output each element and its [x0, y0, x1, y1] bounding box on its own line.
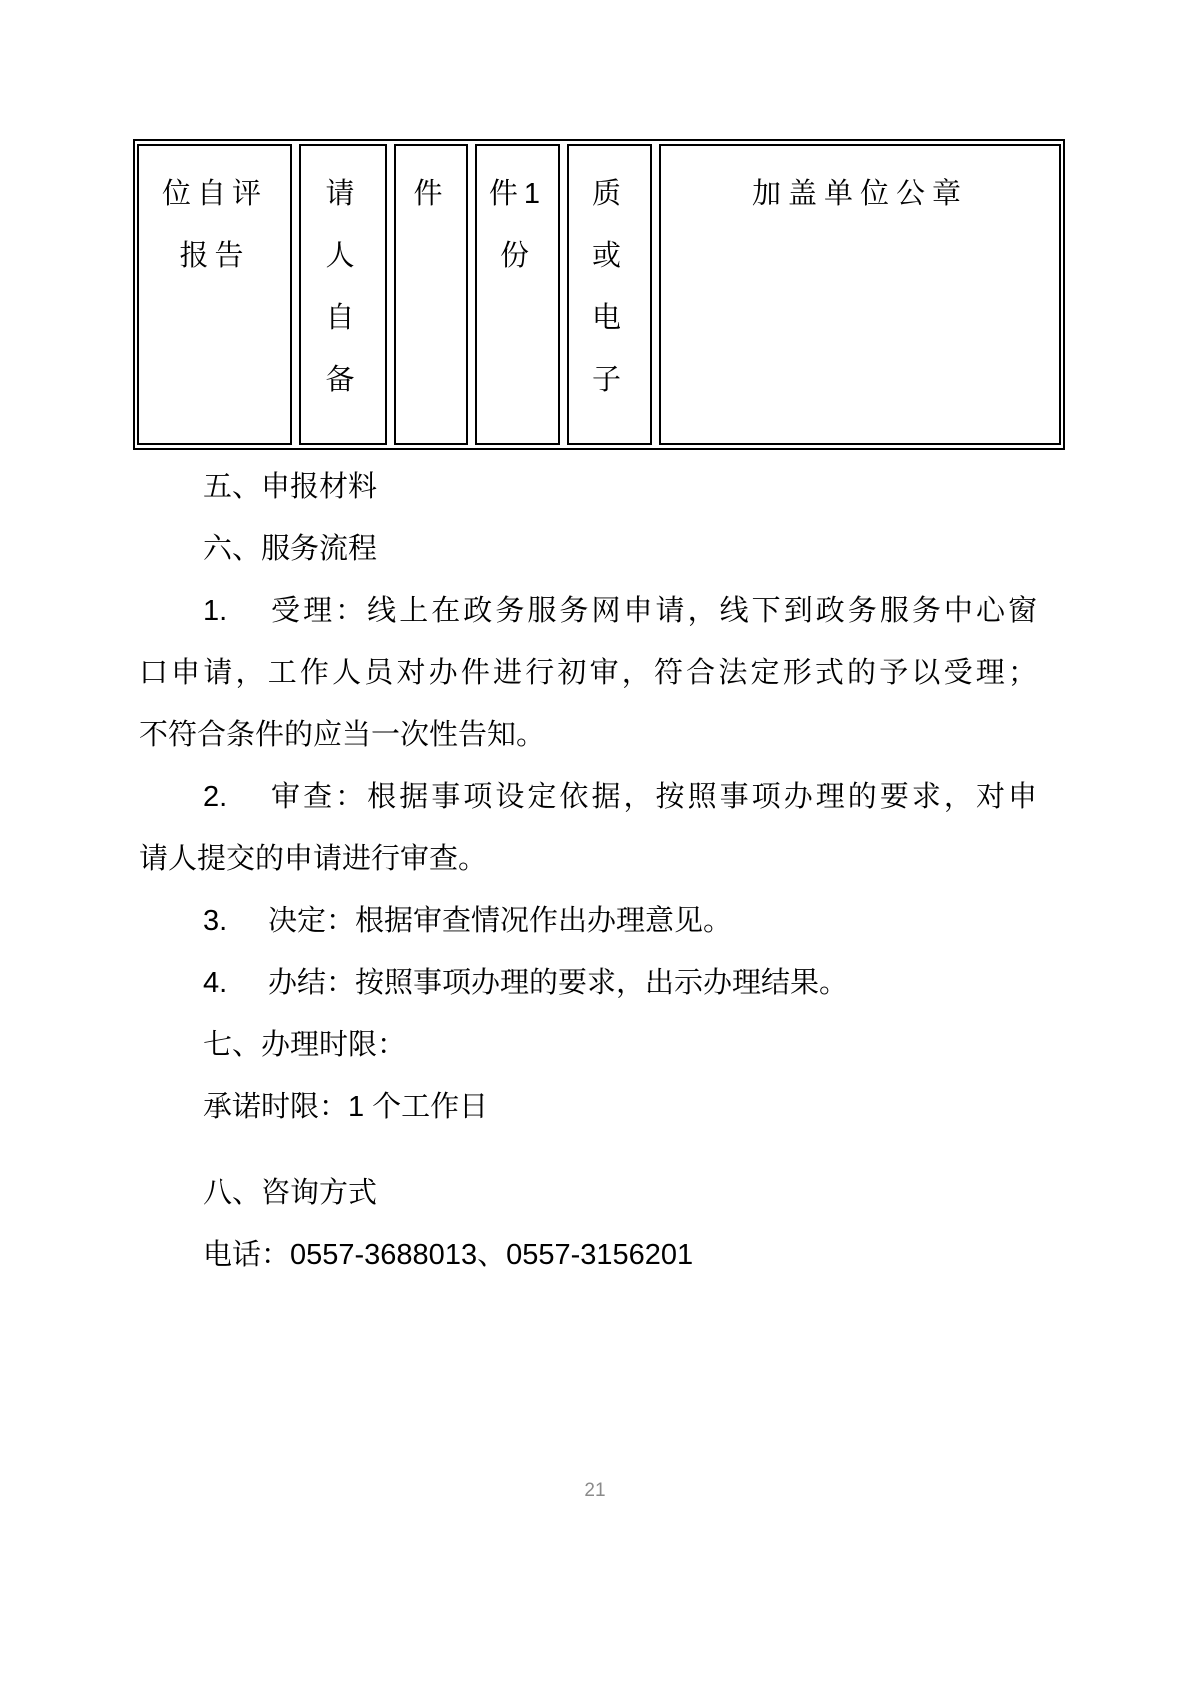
list-number: 1. — [203, 580, 268, 642]
table-cell-line: 加盖单位公章 — [661, 163, 1059, 225]
table-cell-line: 位自评 — [139, 163, 290, 225]
text-line: 电话：0557-3688013、0557-3156201 — [139, 1224, 1037, 1286]
section-heading-time-limit: 七、办理时限： — [139, 1014, 1037, 1076]
step-3-decide: 3.决定：根据审查情况作出办理意见。 — [139, 890, 1037, 952]
page-number: 21 — [0, 1480, 1190, 1502]
table-cell-line: 件 — [396, 163, 466, 225]
text-line: 不符合条件的应当一次性告知。 — [139, 704, 1037, 766]
text-line: 承诺时限：1 个工作日 — [139, 1076, 1037, 1138]
table-cell-line: 报告 — [139, 225, 290, 287]
table-cell-line: 电 — [569, 287, 650, 349]
section-heading-consultation: 八、咨询方式 — [139, 1162, 1037, 1224]
table-cell-line: 请 — [301, 163, 385, 225]
text-line: 4.办结：按照事项办理的要求，出示办理结果。 — [139, 952, 1037, 1014]
table-cell-material-name: 位自评 报告 — [137, 144, 292, 445]
section-heading-process: 六、服务流程 — [139, 518, 1037, 580]
document-body: 五、申报材料 六、服务流程 1.受理：线上在政务服务网申请，线下到政务服务中心窗… — [139, 456, 1037, 1286]
text-line: 请人提交的申请进行审查。 — [139, 828, 1037, 890]
text-segment: 办结：按照事项办理的要求，出示办理结果。 — [268, 967, 848, 999]
text-line: 八、咨询方式 — [139, 1162, 1037, 1224]
list-number: 4. — [203, 952, 268, 1014]
text-line: 3.决定：根据审查情况作出办理意见。 — [139, 890, 1037, 952]
step-4-finish: 4.办结：按照事项办理的要求，出示办理结果。 — [139, 952, 1037, 1014]
promise-time-limit: 承诺时限：1 个工作日 — [139, 1076, 1037, 1138]
list-number: 3. — [203, 890, 268, 952]
table-cell-copies: 件1 份 — [475, 144, 560, 445]
table-cell-format: 质 或 电 子 — [567, 144, 652, 445]
phone-numbers: 电话：0557-3688013、0557-3156201 — [139, 1224, 1037, 1286]
table-cell-line: 子 — [569, 349, 650, 411]
document-page: 位自评 报告 请 人 自 备 件 件1 份 质 或 电 子 加盖单位公章 五、申… — [0, 0, 1190, 1683]
materials-table: 位自评 报告 请 人 自 备 件 件1 份 质 或 电 子 加盖单位公章 — [133, 139, 1065, 450]
table-cell-line: 人 — [301, 225, 385, 287]
table-cell-line: 质 — [569, 163, 650, 225]
text-segment: 受理：线上在政务服务网申请，线下到政务服务中心窗 — [268, 595, 1037, 627]
step-2-review: 2.审查：根据事项设定依据，按照事项办理的要求，对申 请人提交的申请进行审查。 — [139, 766, 1037, 890]
table-cell-doc-type: 件 — [394, 144, 468, 445]
table-cell-line: 自 — [301, 287, 385, 349]
table-cell-line: 或 — [569, 225, 650, 287]
text-line: 六、服务流程 — [139, 518, 1037, 580]
text-segment: 决定：根据审查情况作出办理意见。 — [268, 905, 732, 937]
text-line: 2.审查：根据事项设定依据，按照事项办理的要求，对申 — [139, 766, 1037, 828]
step-1-accept: 1.受理：线上在政务服务网申请，线下到政务服务中心窗 口申请，工作人员对办件进行… — [139, 580, 1037, 766]
table-cell-material-source: 请 人 自 备 — [299, 144, 387, 445]
list-number: 2. — [203, 766, 268, 828]
text-segment: 审查：根据事项设定依据，按照事项办理的要求，对申 — [268, 781, 1037, 813]
text-line: 口申请，工作人员对办件进行初审，符合法定形式的予以受理； — [139, 642, 1037, 704]
table-cell-line: 份 — [477, 225, 558, 287]
section-heading-materials: 五、申报材料 — [139, 456, 1037, 518]
text-line: 五、申报材料 — [139, 456, 1037, 518]
table-cell-line: 备 — [301, 349, 385, 411]
table-cell-remark: 加盖单位公章 — [659, 144, 1061, 445]
table-cell-line: 件1 — [477, 163, 558, 225]
text-line: 1.受理：线上在政务服务网申请，线下到政务服务中心窗 — [139, 580, 1037, 642]
text-line: 七、办理时限： — [139, 1014, 1037, 1076]
